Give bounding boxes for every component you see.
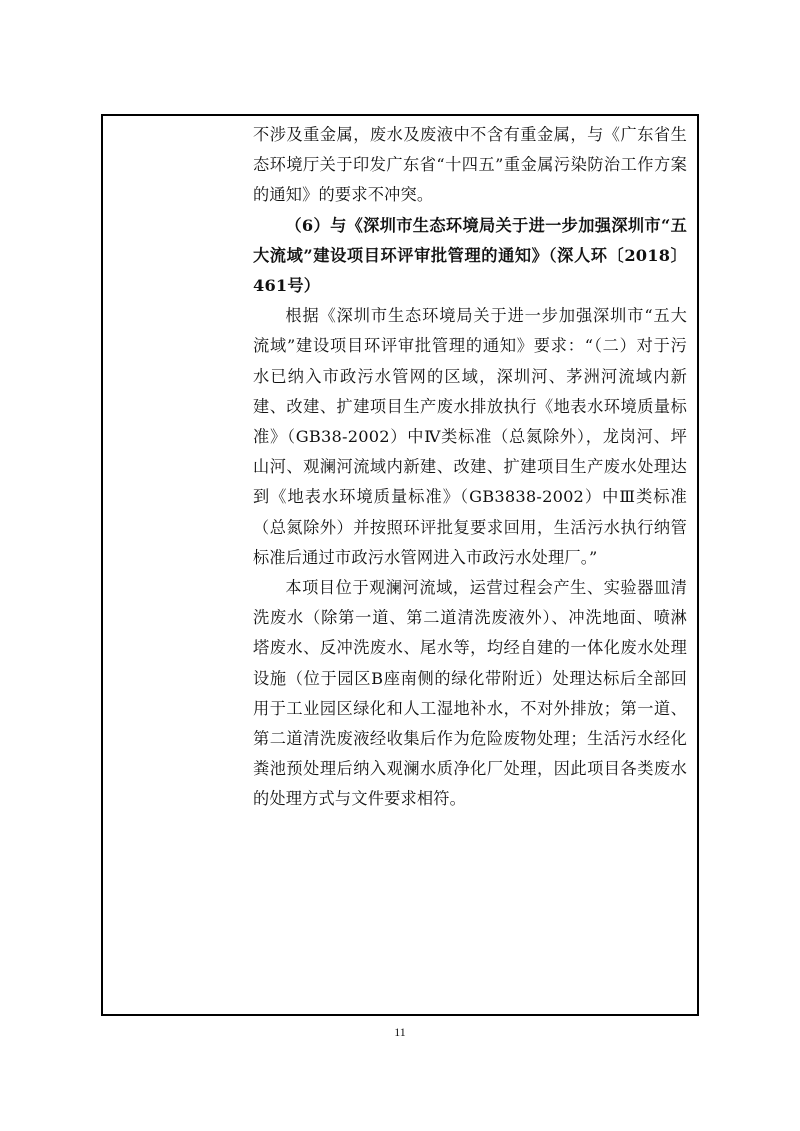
paragraph-heavy-metal-compliance: 不涉及重金属，废水及废液中不含有重金属，与《广东省生态环境厅关于印发广东省“十四… (253, 120, 687, 211)
paragraph-project-compliance: 本项目位于观澜河流域，运营过程会产生、实验器皿清洗废水（除第一道、第二道清洗废液… (253, 573, 687, 815)
text-column: 不涉及重金属，废水及废液中不含有重金属，与《广东省生态环境厅关于印发广东省“十四… (253, 120, 687, 815)
paragraph-notice-requirements: 根据《深圳市生态环境局关于进一步加强深圳市“五大流域”建设项目环评审批管理的通知… (253, 301, 687, 573)
content-table-frame: 不涉及重金属，废水及废液中不含有重金属，与《广东省生态环境厅关于印发广东省“十四… (101, 114, 699, 1016)
page-number: 11 (0, 1025, 800, 1040)
section-heading-6: （6）与《深圳市生态环境局关于进一步加强深圳市“五大流域”建设项目环评审批管理的… (253, 211, 687, 302)
